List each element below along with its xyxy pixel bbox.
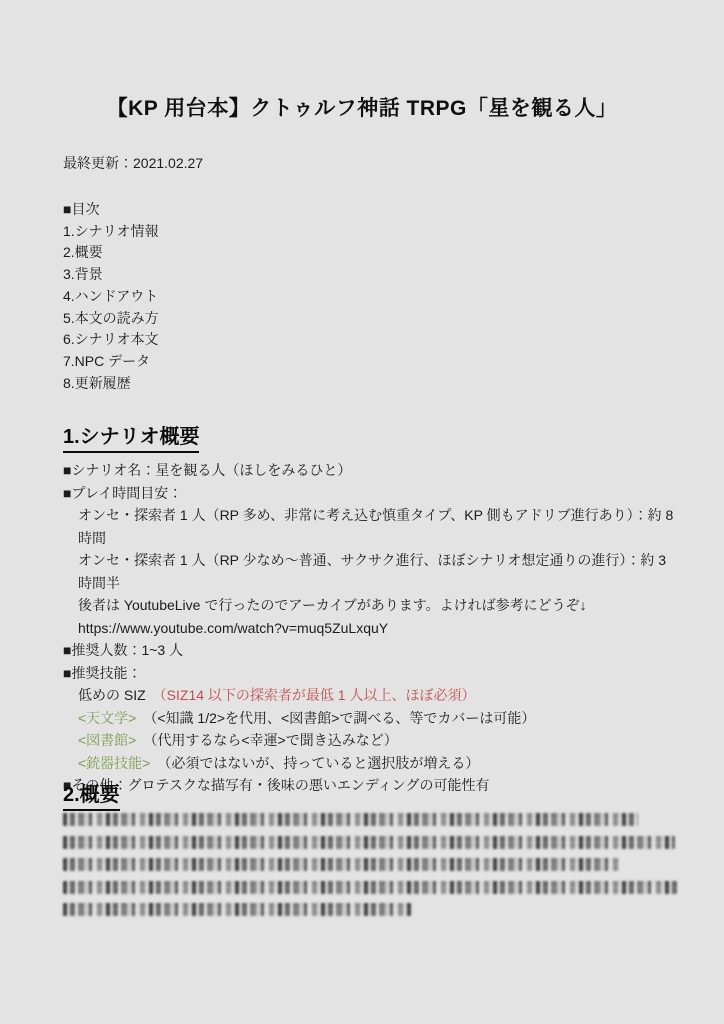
play-time-label: ■プレイ時間目安：	[63, 482, 674, 505]
redacted-text-line-5	[63, 903, 411, 916]
toc-item-3: 3.背景	[63, 264, 674, 286]
redacted-text-line-2	[63, 836, 675, 849]
skill-library-segment-1: （代用するなら<幸運>で聞き込みなど）	[136, 732, 397, 748]
toc-item-7: 7.NPC データ	[63, 351, 674, 373]
skill-firearms-segment-1: （必須ではないが、持っていると選択肢が増える）	[150, 755, 479, 771]
section2-redacted-paragraph	[63, 813, 674, 926]
section1-body: ■シナリオ名：星を観る人（ほしをみるひと）■プレイ時間目安：オンセ・探索者 1 …	[63, 459, 674, 797]
toc-item-6: 6.シナリオ本文	[63, 329, 674, 351]
skill-low-siz-segment-0: 低めの SIZ	[78, 687, 146, 703]
skill-low-siz-segment-1: （SIZ14 以下の探索者が最低 1 人以上、ほぼ必須）	[146, 687, 476, 703]
document-page: 【KP 用台本】クトゥルフ神話 TRPG「星を観る人」 最終更新：2021.02…	[0, 0, 724, 1024]
recommended-skills-label: ■推奨技能：	[63, 662, 674, 685]
recommended-skills-label-segment-0: ■推奨技能：	[63, 665, 141, 681]
skill-library: <図書館> （代用するなら<幸運>で聞き込みなど）	[63, 729, 674, 752]
skill-firearms: <銃器技能> （必須ではないが、持っていると選択肢が増える）	[63, 752, 674, 775]
archive-note-segment-0: 後者は YoutubeLive で行ったのでアーカイブがあります。よければ参考に…	[78, 597, 587, 613]
youtube-link[interactable]: https://www.youtube.com/watch?v=muq5ZuLx…	[63, 617, 674, 640]
toc-item-1: 1.シナリオ情報	[63, 221, 674, 243]
skill-astronomy: <天文学> （<知識 1/2>を代用、<図書館>で調べる、等でカバーは可能）	[63, 707, 674, 730]
toc-item-2: 2.概要	[63, 242, 674, 264]
toc-items: 1.シナリオ情報2.概要3.背景4.ハンドアウト5.本文の読み方6.シナリオ本文…	[63, 221, 674, 395]
section2-heading-text: 2.概要	[63, 778, 120, 811]
document-title: 【KP 用台本】クトゥルフ神話 TRPG「星を観る人」	[0, 92, 724, 122]
archive-note: 後者は YoutubeLive で行ったのでアーカイブがあります。よければ参考に…	[63, 594, 674, 617]
redacted-text-line-4	[63, 881, 677, 894]
section2-heading: 2.概要	[63, 778, 674, 811]
play-time-case-1-segment-0: オンセ・探索者 1 人（RP 多め、非常に考え込む慎重タイプ、KP 側もアドリブ…	[78, 507, 677, 546]
skill-firearms-segment-0: <銃器技能>	[78, 755, 150, 771]
scenario-name: ■シナリオ名：星を観る人（ほしをみるひと）	[63, 459, 674, 482]
section1-heading-text: 1.シナリオ概要	[63, 420, 199, 453]
play-time-label-segment-0: ■プレイ時間目安：	[63, 485, 182, 501]
scenario-name-segment-0: ■シナリオ名：星を観る人（ほしをみるひと）	[63, 462, 351, 478]
table-of-contents: ■目次 1.シナリオ情報2.概要3.背景4.ハンドアウト5.本文の読み方6.シナ…	[63, 199, 674, 394]
skill-library-segment-0: <図書館>	[78, 732, 136, 748]
play-time-case-1: オンセ・探索者 1 人（RP 多め、非常に考え込む慎重タイプ、KP 側もアドリブ…	[63, 504, 674, 549]
recommended-players: ■推奨人数：1~3 人	[63, 639, 674, 662]
play-time-case-2: オンセ・探索者 1 人（RP 少なめ～普通、サクサク進行、ほぼシナリオ想定通りの…	[63, 549, 674, 594]
skill-astronomy-segment-1: （<知識 1/2>を代用、<図書館>で調べる、等でカバーは可能）	[136, 710, 535, 726]
section1-heading: 1.シナリオ概要	[63, 420, 674, 453]
toc-heading: ■目次	[63, 199, 674, 221]
redacted-text-line-3	[63, 858, 619, 871]
last-updated-text: 最終更新：2021.02.27	[63, 152, 674, 174]
skill-low-siz: 低めの SIZ （SIZ14 以下の探索者が最低 1 人以上、ほぼ必須）	[63, 684, 674, 707]
toc-item-4: 4.ハンドアウト	[63, 286, 674, 308]
redacted-text-line-1	[63, 813, 638, 826]
play-time-case-2-segment-0: オンセ・探索者 1 人（RP 少なめ～普通、サクサク進行、ほぼシナリオ想定通りの…	[78, 552, 670, 591]
youtube-link-segment-0: https://www.youtube.com/watch?v=muq5ZuLx…	[78, 620, 388, 636]
recommended-players-segment-0: ■推奨人数：1~3 人	[63, 642, 183, 658]
toc-item-5: 5.本文の読み方	[63, 308, 674, 330]
skill-astronomy-segment-0: <天文学>	[78, 710, 136, 726]
toc-item-8: 8.更新履歴	[63, 373, 674, 395]
